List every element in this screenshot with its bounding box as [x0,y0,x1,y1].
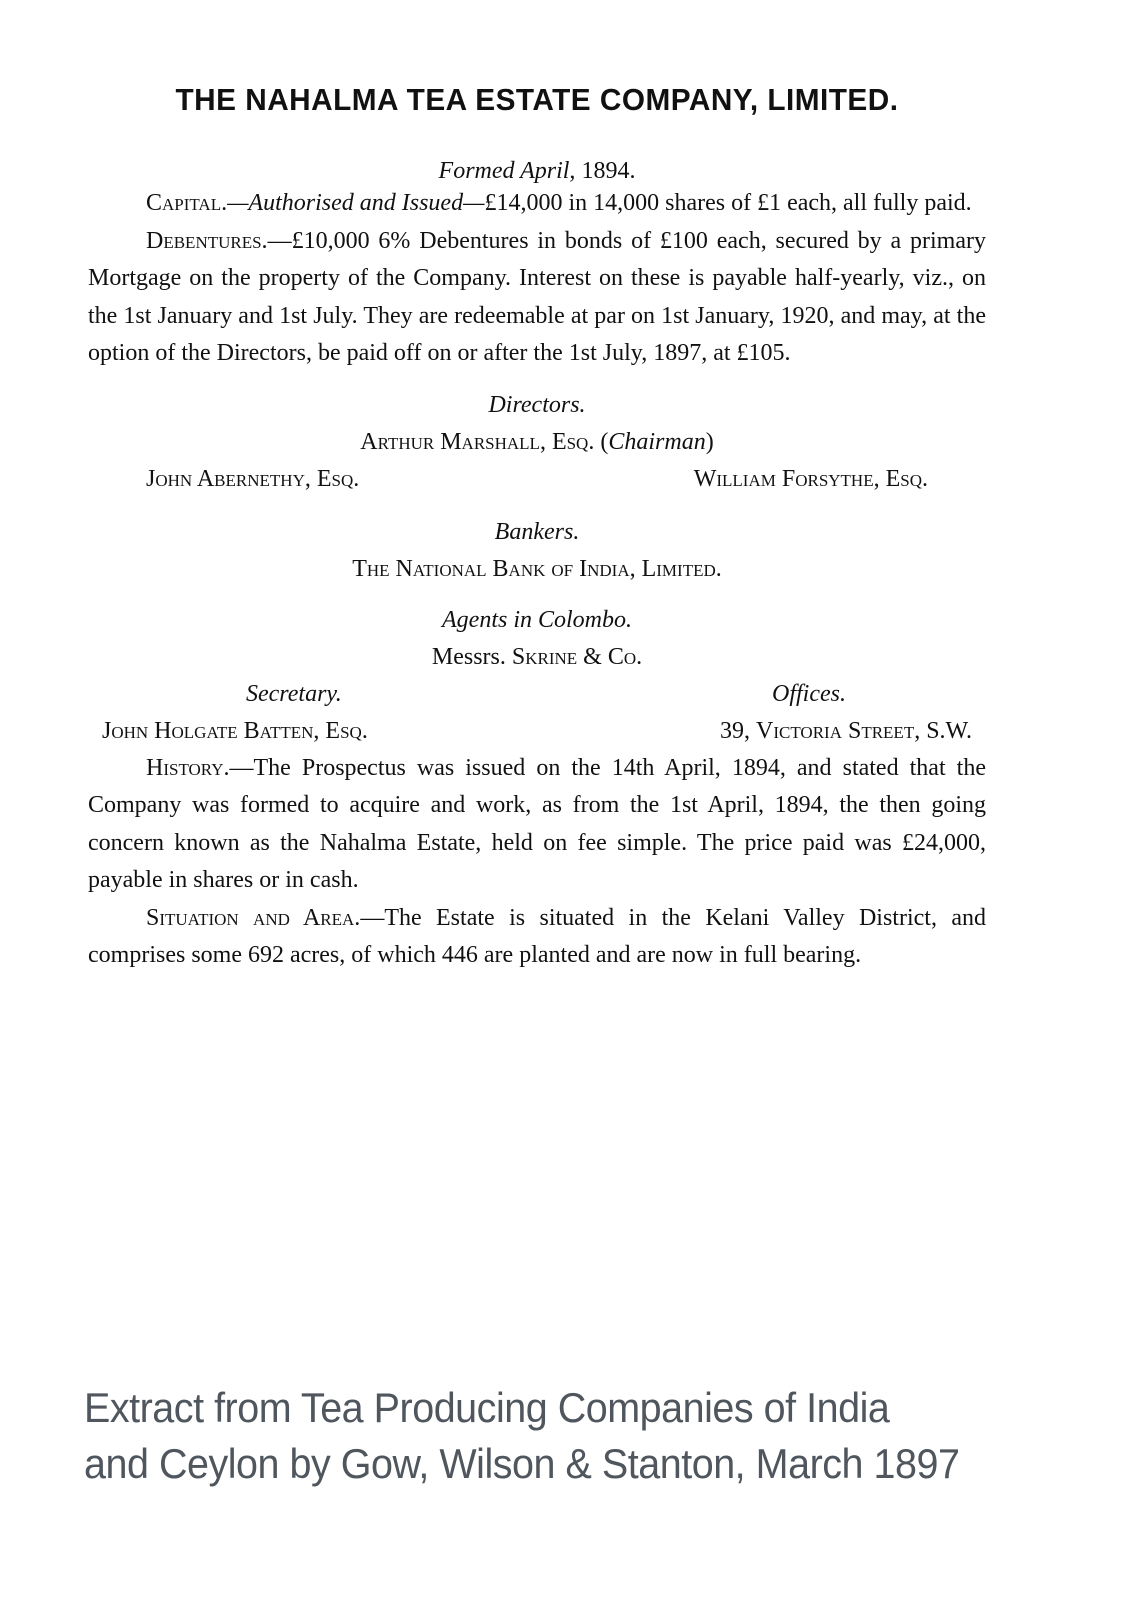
situation-heading: Situation and Area. [146,905,360,931]
agents-prefix: Messrs. [432,644,506,670]
caption-line-1: Extract from Tea Producing Companies of … [84,1380,1024,1436]
capital-italic: —Authorised and Issued— [227,190,484,216]
document-title: THE NAHALMA TEA ESTATE COMPANY, LIMITED. [106,78,968,118]
formed-date: Formed April, 1894. [88,158,986,185]
agents-name: Skrine & Co. [512,644,642,670]
history-heading: History. [146,755,229,781]
capital-heading: Capital. [146,190,227,216]
directors-members: John Abernethy, Esq. William Forsythe, E… [88,461,986,498]
image-caption: Extract from Tea Producing Companies of … [84,1380,1024,1492]
secretary-offices-headings: Secretary. Offices. [88,676,986,713]
formed-label: Formed April, [439,158,576,184]
agents-line: Messrs. Skrine & Co. [88,639,986,676]
chairman-name: Arthur Marshall, Esq. [360,429,594,455]
agents-heading: Agents in Colombo. [88,602,986,639]
secretary-heading: Secretary. [246,676,342,713]
debentures-paragraph: Debentures.—£10,000 6% Debentures in bon… [88,223,986,373]
offices-address: Victoria Street, S.W. [756,718,972,744]
secretary-name: John Holgate Batten, Esq. [102,713,368,750]
caption-line-2: and Ceylon by Gow, Wilson & Stanton, Mar… [84,1436,1024,1492]
director-member: John Abernethy, Esq. [146,461,359,498]
situation-paragraph: Situation and Area.—The Estate is situat… [88,900,986,975]
formed-year: 1894. [581,158,635,184]
bankers-name: The National Bank of India, Limited. [88,551,986,588]
secretary-offices-values: John Holgate Batten, Esq. 39, Victoria S… [88,713,986,750]
directors-heading: Directors. [88,387,986,424]
chairman-role: Chairman [608,429,705,455]
history-paragraph: History.—The Prospectus was issued on th… [88,750,986,900]
debentures-heading: Debentures. [146,228,268,254]
document-page: THE NAHALMA TEA ESTATE COMPANY, LIMITED.… [88,78,986,975]
offices-heading: Offices. [772,676,846,713]
directors-chairman: Arthur Marshall, Esq. (Chairman) [88,424,986,461]
capital-paragraph: Capital.—Authorised and Issued—£14,000 i… [88,185,986,223]
bankers-heading: Bankers. [88,514,986,551]
capital-text: £14,000 in 14,000 shares of £1 each, all… [484,190,971,216]
director-member: William Forsythe, Esq. [694,461,928,498]
offices-line: 39, Victoria Street, S.W. [720,713,972,750]
offices-number: 39, [720,718,750,744]
